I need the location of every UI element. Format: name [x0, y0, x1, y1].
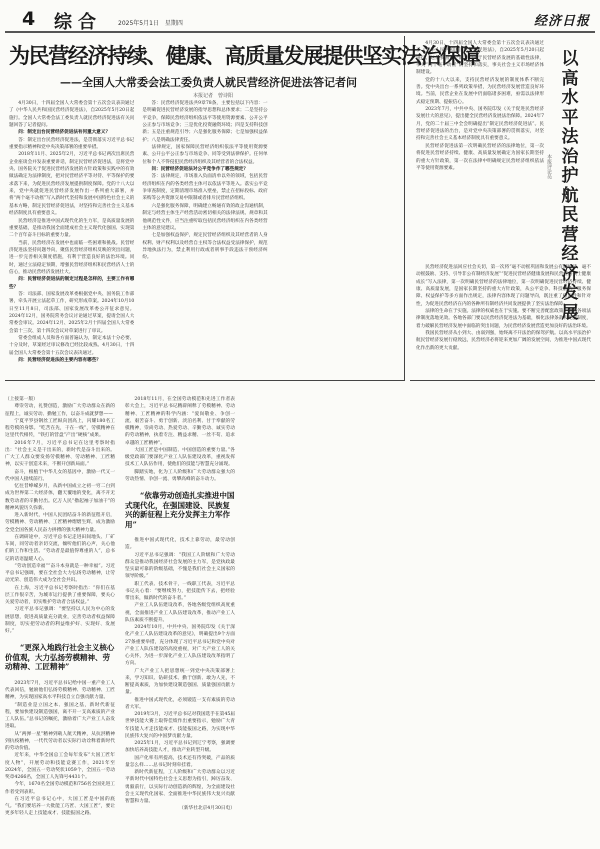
paragraph: 职工代表、技术骨干，一线职工代表，习近平总书记关心着：“要继续努力，把技能传下去…: [125, 581, 235, 603]
paragraph: 六是强化服务保障，明确建立畅通有效的政企沟通机制，制定与经营主体生产经营活动密切…: [142, 203, 267, 232]
commentary-title-char: 法: [552, 128, 588, 148]
issue-date: 2025年5月1日 星期四: [118, 18, 183, 27]
article-column: 2018年11月，在全国劳动模范和先进工作者表彰大会上，习近平总书记精辟阐释了劳…: [125, 396, 235, 844]
paragraph: 法律规定，国家保障民营经济组织依法平等使用资源要素、公开公平公正参与市场竞争、同…: [142, 144, 267, 166]
paragraph: 在上海，习近平总书记考察时指出：“你们在基层工作很辛苦，为城市运行提供了重要保障…: [5, 585, 115, 607]
main-article: 为民营经济持续、健康、高质量发展提供坚实法治保障 ——全国人大常委会法工委负责人…: [5, 36, 405, 381]
article-column: [485, 396, 595, 844]
continued-note: （上接第一版）: [5, 396, 115, 403]
paragraph: 2016年7月，习近平总书记在这里考察时指出：“社会主义是干出来的，新时代是奋斗…: [5, 440, 115, 469]
paragraph: 在习近平总书记心中，大国工匠是中国的底气。“我们要培养一大批能工巧匠、大国工匠”…: [5, 796, 115, 818]
paragraph: 近年来，中华全国总工会每年发布“大国工匠年度人物”，开展劳动和技能竞赛工作，20…: [5, 752, 115, 781]
article-subheadline: ——全国人大常委会法工委负责人就民营经济促进法答记者问: [60, 74, 357, 90]
lower-article-columns: （上接第一版）尊崇劳动，礼赞创造，激励广大劳动群众在新的征程上，诚实劳动、勤勉工…: [5, 396, 595, 844]
page-number: 4: [22, 8, 35, 30]
question-paragraph: 问：民营经济促进法的主要内容有哪些？: [9, 357, 134, 364]
paragraph: 2023年7月，中共中央、国务院印发《关于促进民营经济发展壮大的意见》，提出健全…: [416, 106, 544, 143]
commentary-title-char: 治: [552, 148, 588, 168]
article-column: [276, 100, 401, 378]
article-headline: 为民营经济持续、健康、高质量发展提供坚实法治保障: [9, 40, 401, 70]
paragraph: 从“两弹一星”精神到载人航天精神，从抗洪精神到抗疫精神，一代代劳动者以实际行动诠…: [5, 731, 115, 753]
commentary-body-bottom: 民营经济促进法回应社会关切，第一次将“毫不动摇巩固和发展公有制经济，毫不动摇鼓励…: [416, 264, 591, 376]
article-column: [245, 396, 355, 844]
paragraph: 习近平总书记强调：“要坚持以人民为中心的发展思想，促进高质量充分就业，完善劳动者…: [5, 606, 115, 635]
paragraph: 2023年7月，习近平总书记给中国一重产业工人代表回信，勉励他们弘扬劳模精神、劳…: [5, 680, 115, 702]
paragraph: 法律的生命在于实施。法律的权威也在于实施。要不断完善配套政策，确保各项法律制度落…: [416, 308, 591, 330]
paragraph: 推进中国式现代化，技术上靠劳动，最劳动创造。: [125, 537, 235, 552]
article-column: 答：民营经济促进法共9章78条，主要包括以下内容：一是明确促进民营经济发展的指导…: [142, 100, 267, 378]
commentary-title-char: 民: [552, 206, 588, 226]
paragraph: 产业工人队伍建设改革，各地各级党组织高度重视，全面推进产业工人队伍建设改革，推动…: [125, 602, 235, 624]
paragraph: 脚踏实地，化为工人阶级和广大劳动群众强大的劳动热情、争创一流、勇攀高峰的奋斗动力…: [125, 469, 235, 484]
question-paragraph: 问：民营经济促进法的制定过程是怎样的，主要工作有哪些？: [9, 276, 134, 291]
paragraph: 答：制定出台民营经济促进法，是贯彻落实习近平总书记重要指示精神和党中央决策部署的…: [9, 137, 134, 152]
paragraph: 民营经济促进法第一次明确民营经济的法律地位，第一次将促进民营经济持续、健康、高质…: [416, 143, 544, 172]
commentary-title-char: 营: [552, 226, 588, 246]
paragraph: 广大产业工人把思想统一到党中央决策部署上来，学习知识、钻研技术、勤于创新、敢为人…: [125, 668, 235, 697]
paragraph: 尊崇劳动，礼赞创造，激励广大劳动群众在新的征程上，诚实劳动、勤勉工作，以奋斗成就…: [5, 403, 115, 418]
section-subhead: “依靠劳动创造扎实推进中国式现代化，在强国建设、民族复兴的新征程上充分发挥主力军…: [125, 491, 235, 529]
paragraph: 答：民营经济促进法共9章78条，主要包括以下内容：一是明确促进民营经济发展的指导…: [142, 100, 267, 144]
paragraph: 国产化率有所提高，技术还有待突破，产品的质量怎么样……总书记时刻牵挂着。: [125, 755, 235, 770]
masthead: 4 综合 2025年5月1日 星期四 经济日报: [0, 0, 600, 32]
paragraph: 今年，1670名全国劳动模范和756名全国先进工作者受到表彰。: [5, 781, 115, 796]
commentary-article: 4月30日，十四届全国人大常委会第十五次会议表决通过了《中华人民共和国民营经济促…: [410, 36, 595, 381]
paragraph: 在调研途中，习近平总书记走进田间地头、厂矿车间，同劳动者亲切交流，倾听他们的心声…: [5, 534, 115, 563]
paragraph: “制造业是立国之本、强国之基，新时代新征程，要加快建设制造强国，离不开一支高素质…: [5, 702, 115, 731]
paragraph: 新时代新征程，工人阶级和广大劳动群众以习近平新时代中国特色社会主义思想为指引，踔…: [125, 769, 235, 805]
section-subhead: “更深入地践行社会主义核心价值观，大力弘扬劳模精神、劳动精神、工匠精神”: [5, 643, 115, 672]
paragraph: 推进中国式现代化，必须锻造一支有素质的劳动者大军。: [125, 697, 235, 712]
question-paragraph: 问：制定出台民营经济促进法有何重大意义？: [9, 129, 134, 136]
commentary-title-char: 高: [552, 70, 588, 90]
paragraph: 我国民营经济从小到大、由弱到强，始终离不开法治的保驾护航。以高水平法治护航民营经…: [416, 330, 591, 352]
article-column: [365, 396, 475, 844]
commentary-title-char: 水: [552, 89, 588, 109]
paragraph: 2024年10月，中共中央、国务院印发《关于深化产业工人队伍建设改革的意见》，明…: [125, 624, 235, 668]
paragraph: 4月30日，十四届全国人大常委会第十五次会议表决通过了《中华人民共和国民营经济促…: [416, 40, 544, 77]
paragraph: 民营经济促进法回应社会关切，第一次将“毫不动摇巩固和发展公有制经济，毫不动摇鼓励…: [416, 264, 591, 308]
paragraph: 宁夏平罗县钢丝工匠纵向团高上，闪耀180名工程劳模的身影。“吃苦在先，干在一线”…: [5, 418, 115, 440]
paragraph: 习近平总书记强调：“我国工人阶级和广大劳动群众是推动我国经济社会发展的主力军，是…: [125, 552, 235, 581]
commentary-title-char: 护: [552, 167, 588, 187]
article-column: （上接第一版）尊崇劳动，礼赞创造，激励广大劳动群众在新的征程上，诚实劳动、勤勉工…: [5, 396, 115, 844]
paragraph: 民营经济是推进中国式现代化的生力军，是高质量发展的重要基础，是推动我国全面建成社…: [9, 218, 134, 240]
paragraph: 当前，民营经济在发展中也面临一些困难和挑战。民营经济促进法坚持问题导向，聚焦民营…: [9, 240, 134, 277]
paragraph: 进入新时代，中国人民团结奋斗的新征程开启，劳模精神、劳动精神、工匠精神熠熠生辉，…: [5, 512, 115, 534]
paragraph: 4月30日，十四届全国人大常委会第十五次会议表决通过了《中华人民共和国民营经济促…: [9, 100, 134, 129]
commentary-title-char: 平: [552, 109, 588, 129]
dateline-note: （新华社北京4月30日电）: [125, 805, 235, 812]
paragraph: 大国工匠是中国制造、中国创造的重要力量。”各级党政部门要深化产业工人队伍建设改革…: [125, 447, 235, 469]
article-byline: 本报记者 曾诗阳: [193, 92, 233, 99]
article-body-columns: 4月30日，十四届全国人大常委会第十五次会议表决通过了《中华人民共和国民营经济促…: [9, 100, 401, 378]
paragraph: 忆往昔峥嵘岁月，从新中国成立之初一穷二白到成为世界第二大经济体，翻天覆地的变化，…: [5, 483, 115, 512]
paragraph: 2018年11月，在全国劳动模范和先进工作者表彰大会上，习近平总书记精辟阐释了劳…: [125, 396, 235, 447]
paragraph: 2018年11月、2025年2月，习近平总书记两次出席民营企业座谈会并发表重要讲…: [9, 151, 134, 217]
paragraph: “劳动创造幸福”“奋斗本身就是一种幸福”。习近平总书记强调，要在全社会大力弘扬劳…: [5, 563, 115, 585]
paragraph: 七是加强权益保护，规定民营经济组织及其经营者的人身权利、财产权利以及经营自主权等…: [142, 232, 267, 261]
newspaper-logo: 经济日报: [534, 10, 590, 29]
commentary-title-char: 以: [552, 50, 588, 70]
paragraph: 2025年1月，习近平总书记到辽宁考察，强调要加快培养高技能人才，推动产业转型升…: [125, 740, 235, 755]
commentary-body-top: 4月30日，十四届全国人大常委会第十五次会议表决通过了《中华人民共和国民营经济促…: [416, 40, 544, 230]
paragraph: 2019年3月，习近平总书记对我国选手在第45届世界技能大赛上取得佳绩作出重要指…: [125, 711, 235, 740]
commentary-byline: 本报评论员: [544, 154, 552, 179]
paragraph: 党的十八大以来，支持民营经济发展的制度体系不断完善。党中央出台一系列政策举措，为…: [416, 77, 544, 106]
commentary-title-char: 经: [552, 245, 588, 265]
lower-article: （上接第一版）尊崇劳动，礼赞创造，激励广大劳动群众在新的征程上，诚实劳动、勤勉工…: [5, 396, 595, 844]
article-column: 4月30日，十四届全国人大常委会第十五次会议表决通过了《中华人民共和国民营经济促…: [9, 100, 134, 378]
paragraph: 答：司法部、国家发展改革委根据党中央、国务院工作部署，牵头开展立法起草工作，研究…: [9, 291, 134, 335]
paragraph: 答：法律规定，市场准入负面清单以外的领域，包括民营经济组织在内的各类经营主体可以…: [142, 173, 267, 202]
paragraph: 常委会组成人员和各方面普遍认为，制定本法十分必要、十分及时，草案经过审议修改已经…: [9, 335, 134, 357]
question-paragraph: 问：民营经济促进法对公平竞争作了哪些规定？: [142, 166, 267, 173]
paragraph: 奋斗，根植于中华儿女的基因中，激励一代又一代中国人接续前行。: [5, 469, 115, 484]
header-divider: [5, 31, 595, 33]
commentary-title-char: 航: [552, 187, 588, 207]
